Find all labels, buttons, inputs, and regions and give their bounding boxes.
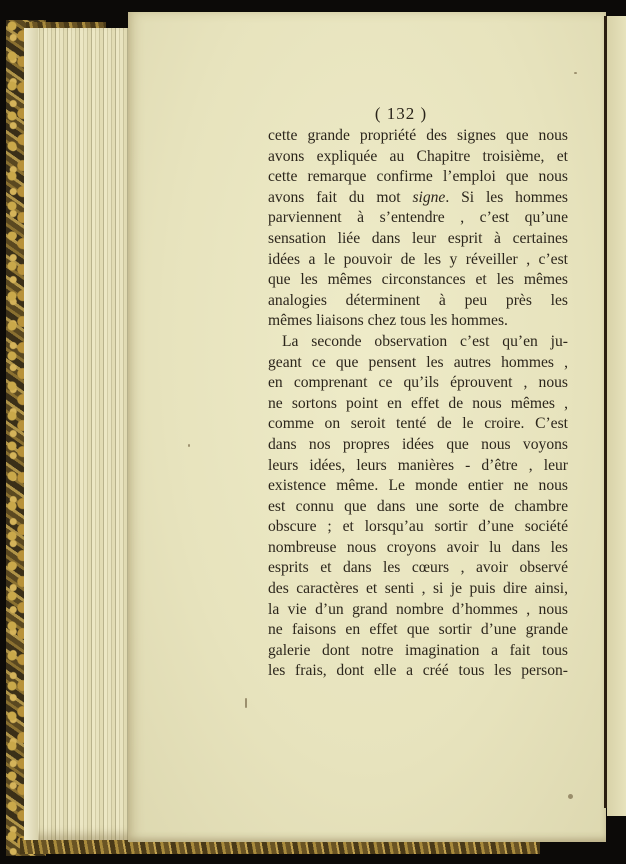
text-segment: avons fait du mot (268, 189, 412, 206)
foxing-spot (188, 444, 190, 447)
text-line: les frais, dont elle a créé tous les per… (268, 661, 568, 682)
facing-page-edge (607, 16, 626, 816)
text-line: cette remarque confirme l’emploi que nou… (268, 167, 568, 188)
text-line: ne sortons point en effet de nous mêmes … (268, 394, 568, 415)
book-page: ( 132 ) cette grande propriété des signe… (128, 12, 606, 842)
text-line: avons fait du mot signe. Si les hommes (268, 188, 568, 209)
foxing-spot (245, 698, 247, 708)
text-line: galerie dont notre imagination a fait to… (268, 641, 568, 662)
text-line: esprits et dans les cœurs , avoir observ… (268, 558, 568, 579)
text-segment: . Si les hommes (445, 189, 568, 206)
text-line: ne faisons en effet que sortir d’une gra… (268, 620, 568, 641)
text-line: est connu que dans une sorte de chambre (268, 497, 568, 518)
text-line: idées a le pouvoir de les y réveiller , … (268, 250, 568, 271)
text-line: sensation liée dans leur esprit à certai… (268, 229, 568, 250)
foxing-spot (574, 72, 577, 74)
page-edges-stack (24, 28, 134, 840)
text-line: leurs idées, leurs manières - d’être , l… (268, 456, 568, 477)
italic-word: signe (412, 189, 445, 206)
body-text: cette grande propriété des signes que no… (268, 126, 568, 682)
text-line: nombreuse nous croyons avoir lu dans les (268, 538, 568, 559)
text-line: existence même. Le monde entier ne nous (268, 476, 568, 497)
text-line: cette grande propriété des signes que no… (268, 126, 568, 147)
text-line: que les mêmes circonstances et les mêmes (268, 270, 568, 291)
text-line: des caractères et senti , si je puis dir… (268, 579, 568, 600)
text-line: La seconde observation c’est qu’en ju- (268, 332, 568, 353)
text-line: parviennent à s’entendre , c’est qu’une (268, 208, 568, 229)
text-line: obscure ; et lorsqu’au sortir d’une soci… (268, 517, 568, 538)
text-line: en comprenant ce qu’ils éprouvent , nous (268, 373, 568, 394)
text-line: avons expliquée au Chapitre troisième, e… (268, 147, 568, 168)
text-line: dans nos propres idées que nous voyons (268, 435, 568, 456)
book-gutter (604, 16, 607, 808)
paragraph-1: cette grande propriété des signes que no… (268, 126, 568, 332)
page-number: ( 132 ) (128, 104, 606, 124)
foxing-spot (568, 794, 573, 799)
text-line: la vie d’un grand nombre d’hommes , nous (268, 600, 568, 621)
text-line: mêmes liaisons chez tous les hommes. (268, 311, 568, 332)
text-line: geant ce que pensent les autres hommes , (268, 353, 568, 374)
paragraph-2: La seconde observation c’est qu’en ju- g… (268, 332, 568, 682)
front-endpaper (24, 28, 38, 840)
text-line: analogies déterminent à peu près les (268, 291, 568, 312)
text-line: comme on seroit tenté de le croire. C’es… (268, 414, 568, 435)
